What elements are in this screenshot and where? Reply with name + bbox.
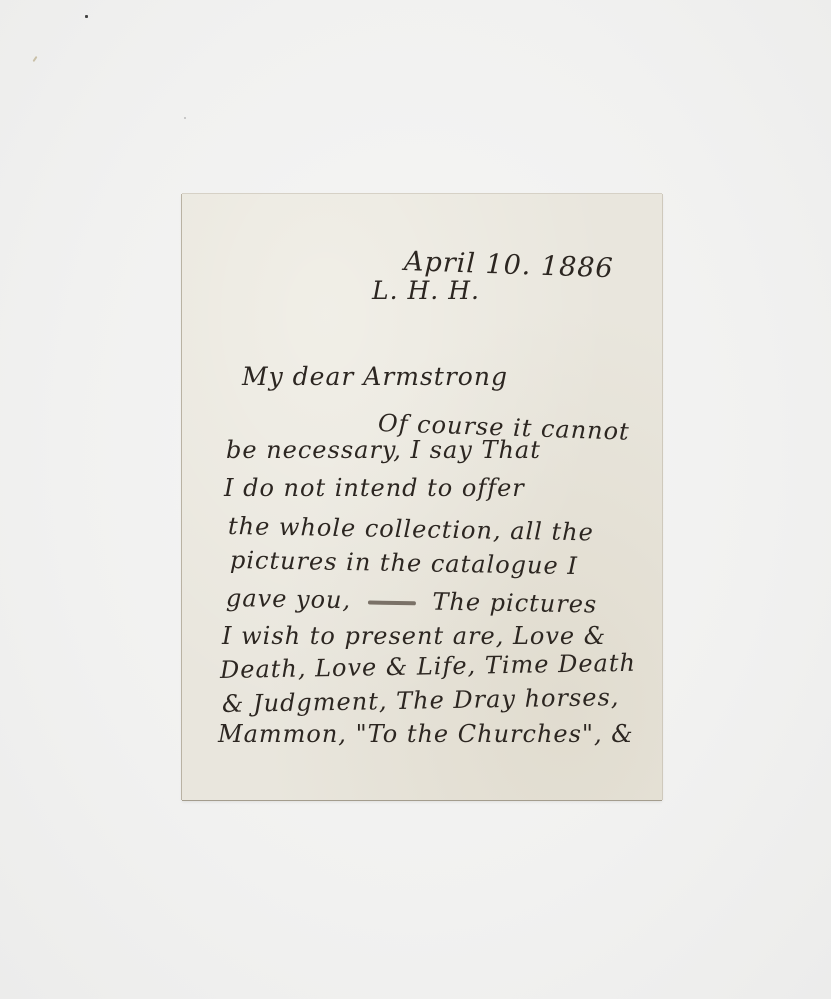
letter-line: be necessary, I say That	[226, 436, 541, 464]
letter-line-with-dash: gave you, The pictures	[226, 584, 598, 618]
ink-dash	[368, 600, 416, 605]
letter-line: I wish to present are, Love &	[222, 622, 606, 650]
letter-line: Death, Love & Life, Time Death	[220, 649, 636, 684]
letter-line-part: gave you,	[226, 584, 352, 614]
letter-line-part: The pictures	[432, 588, 597, 619]
handwritten-letter: April 10. 1886 L. H. H. My dear Armstron…	[182, 194, 662, 800]
letter-line: & Judgment, The Dray horses,	[222, 683, 620, 718]
letter-line: pictures in the catalogue I	[230, 546, 578, 580]
letter-salutation: My dear Armstrong	[242, 362, 508, 391]
letter-line: Mammon, "To the Churches", &	[218, 720, 634, 748]
letter-line: the whole collection, all the	[228, 512, 594, 546]
dust-speck	[184, 117, 186, 119]
letter-address: L. H. H.	[372, 276, 480, 305]
dust-speck	[85, 15, 88, 18]
letter-line: I do not intend to offer	[224, 474, 525, 502]
